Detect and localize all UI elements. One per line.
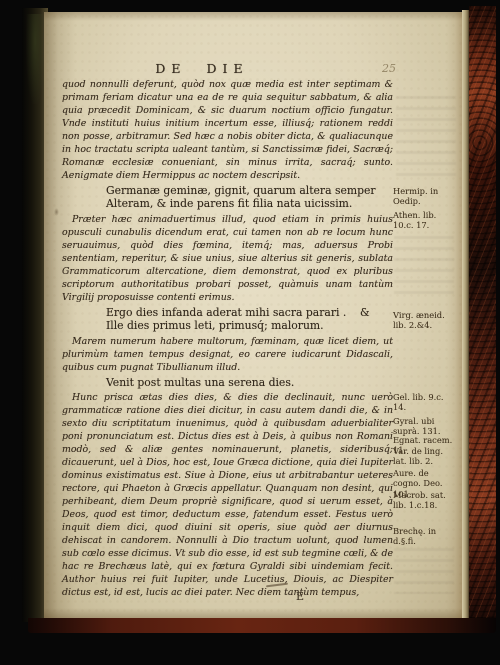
- margin-note: Virg. æneid. lib. 2.&4.: [393, 310, 459, 331]
- bleed-through-ghost: [394, 548, 454, 594]
- body-paragraph: Præter hæc animaduertimus illud, quod et…: [62, 213, 393, 304]
- bleed-through-ghost: [396, 96, 456, 178]
- marbled-cover-edge: [469, 6, 496, 628]
- verse-line: Ergo dies infanda aderat mihi sacra para…: [106, 306, 393, 319]
- bleed-through-ghost: [394, 236, 454, 298]
- verse-line: Ille dies primus leti, primusq́; malorum…: [106, 319, 393, 332]
- margin-note: Gyral. ubi suprà. 131.: [393, 416, 459, 437]
- photo-backdrop: DE DIE 25 quod nonnulli deferunt, quòd n…: [0, 0, 500, 665]
- page-fore-edge: [462, 10, 469, 620]
- margin-note: Hermip. in Oedip.: [393, 186, 459, 207]
- verse-quote: Germanæ geminæ, gignit, quarum altera se…: [106, 184, 393, 211]
- folio-number: 25: [382, 62, 396, 75]
- margin-note: Gel. lib. 9.c. 14.: [393, 392, 459, 413]
- verse-line: Germanæ geminæ, gignit, quarum altera se…: [106, 184, 393, 197]
- signature-mark: E: [296, 590, 304, 603]
- cover-bottom-edge: [28, 618, 496, 633]
- running-title: DE DIE: [132, 61, 272, 76]
- verse-quote: Ergo dies infanda aderat mihi sacra para…: [106, 306, 393, 333]
- body-paragraph: quod nonnulli deferunt, quòd nox quæ med…: [62, 78, 393, 182]
- verse-line: Venit post multas una serena dies.: [106, 376, 393, 389]
- margin-note: Macrob. sat. lib. 1.c.18.: [393, 490, 459, 511]
- ink-spot: [54, 208, 59, 216]
- margin-note: Brechę. in d.§.fi.: [393, 526, 459, 547]
- margin-note: Athen. lib. 10.c. 17.: [393, 210, 459, 231]
- body-paragraph: Marem numerum habere multorum, fœminam, …: [62, 335, 393, 374]
- binding-shadow: [26, 14, 44, 104]
- verse-quote: Venit post multas una serena dies.: [106, 376, 393, 389]
- text-block: quod nonnulli deferunt, quòd nox quæ med…: [62, 78, 393, 599]
- margin-note: Var. de ling. lat. lib. 2.: [393, 446, 459, 467]
- body-paragraph: Hunc prisca ætas dies dies, & dies die d…: [62, 391, 393, 599]
- book-page: DE DIE 25 quod nonnulli deferunt, quòd n…: [44, 12, 462, 620]
- verse-line: Alteram, & inde parens fit filia nata ui…: [106, 197, 393, 210]
